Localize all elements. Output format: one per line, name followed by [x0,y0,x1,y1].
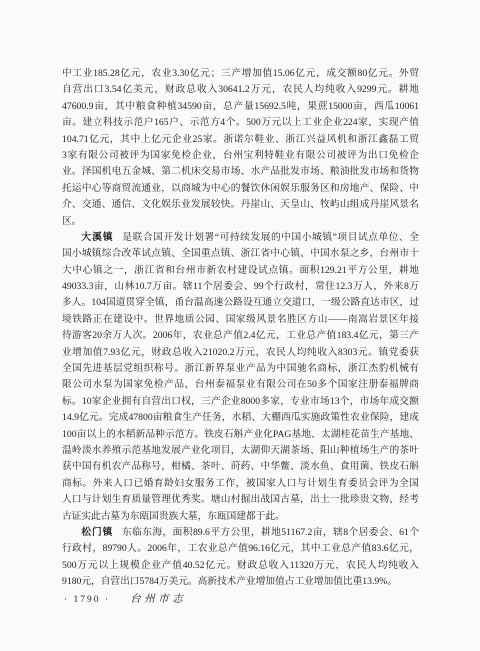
text-line: 多人。104国道贯穿全镇，甬台温高速公路设互通立交道口，一级公路直达市区，过 [62,295,419,311]
text-line: 亩。建立科技示范户165户、示范方4个。500万元以上工业企业224家，实现产值 [62,115,419,131]
text-line: 标。10家企业拥有自营出口权，三产企业8000多家，专业市场13个，市场年成交额 [62,394,419,410]
text-line: 温岭淡水养殖示范基地发展产业化项目，太湖仰天湖茶场、阳山种植场生产的茶叶 [62,443,419,459]
text-line: 人口与计划生育质量管理优秀奖。塘山村掘出战国古墓，出土一批珍贵文物，经考 [62,492,419,508]
text-line: 商标。外来人口已婚育龄妇女服务工作，被国家人口与计划生育委员会评为全国 [62,476,419,492]
text-line: 限公司水泵为国家免检产品，台州泰福泵业有限公司在50多个国家注册泰福牌商 [62,377,419,393]
text-line: 104.71亿元，其中上亿元企业25家。浙诺尔鞋业、浙江兴益风机和浙江鑫磊工贸 [62,132,419,148]
text-line: 待游客20余万人次。2006年，农业总产值2.4亿元，工业总产值183.4亿元，… [62,328,419,344]
text-line: 全国先进基层党组织称号。浙江新界泵业产品为中国驰名商标，浙江杰豹机械有 [62,361,419,377]
text-line: 大溪镇是联合国开发计划署“可持续发展的中国小城镇”项目试点单位、全 [62,230,419,246]
text-line: 获中国有机农产品称号，柑橘、茶叶、莳药、中华鳖、淡水鱼、食用菌、铁皮石斛注册 [62,459,419,475]
text-line: 500万元以上规模企业产值40.52亿元。财政总收入11320万元，农民人均纯收… [62,558,419,574]
book-title: 台州市志 [130,591,186,606]
text-line: 托运中心等商贸流通业，以商城为中心的餐饮休闲娱乐服务区和房地产、保险、中 [62,181,419,197]
text-line: 业。泽国机电五金城、第二机床交易市场、水产品批发市场、粮油批发市场和货物 [62,164,419,180]
town-entry-title: 大溪镇 [81,232,113,243]
paragraph-daxi-town: 大溪镇是联合国开发计划署“可持续发展的中国小城镇”项目试点单位、全国小城镇综合改… [62,230,419,525]
text-line: 境铁路正在建设中。世界地质公园、国家级风景名胜区方山——南嵩岩景区年接 [62,312,419,328]
text-line: 古证实此古墓为东瓯国贵族大墓，东瓯国建都于此。 [62,509,419,525]
paragraph-zeguo-continuation: 中工业185.28亿元，农业3.30亿元；三产增加值15.06亿元，成交额80亿… [62,66,419,230]
text-line: 自营出口3.54亿美元，财政总收入30641.2万元，农民人均纯收入9299元。… [62,82,419,98]
text-line: 49033.3亩，山林10.7万亩。辖11个居委会、99个行政村，常住12.3万… [62,279,419,295]
page-footer: · 1790 · 台州市志 [64,591,186,606]
text-line: 3家有限公司被评为国家免检企业，台州宝利特鞋业有限公司被评为出口免检企 [62,148,419,164]
text-line: 100亩以上的水稻新品种示范方。铁皮石斛产业化PAG基地、太湖桂花苗生产基地、 [62,427,419,443]
text-line: 大中心镇之一，浙江省和台州市新农村建设试点镇。面积129.21平方公里，耕地 [62,263,419,279]
text-line: 9180元，自营出口5784万美元。高新技术产业增加值占工业增加值比重13.9%… [62,574,419,590]
page-text-block: 中工业185.28亿元，农业3.30亿元；三产增加值15.06亿元，成交额80亿… [62,66,419,591]
text-line: 行政村，89790人。2006年，工农业总产值96.16亿元，其中工业总产值83… [62,541,419,557]
book-page: 中工业185.28亿元，农业3.30亿元；三产增加值15.06亿元，成交额80亿… [0,0,480,651]
text-line: 区。 [62,214,419,230]
town-entry-title: 松门镇 [81,527,113,538]
text-line: 介、交通、通信、文化娱乐业发展较快。丹崖山、天皇山、牧屿山组成丹崖风景名胜 [62,197,419,213]
text-line: 业增加值7.93亿元，财政总收入21020.2万元，农民人均纯收入8303元。镇… [62,345,419,361]
page-number: · 1790 · [64,595,110,605]
paragraph-songmen-town: 松门镇东临东海，面积89.6平方公里，耕地51167.2亩，辖8个居委会、61个… [62,525,419,591]
text-line: 松门镇东临东海，面积89.6平方公里，耕地51167.2亩，辖8个居委会、61个 [62,525,419,541]
text-line: 47600.9亩，其中粮食种植34590亩，总产量15692.5吨，果蔗1500… [62,99,419,115]
text-line: 中工业185.28亿元，农业3.30亿元；三产增加值15.06亿元，成交额80亿… [62,66,419,82]
text-line: 国小城镇综合改革试点镇、全国重点镇、浙江省中心镇、中国水泵之乡，台州市十 [62,246,419,262]
text-line: 14.9亿元。完成47800亩粮食生产任务，水稻、大棚西瓜实施政策性农业保险，建… [62,410,419,426]
